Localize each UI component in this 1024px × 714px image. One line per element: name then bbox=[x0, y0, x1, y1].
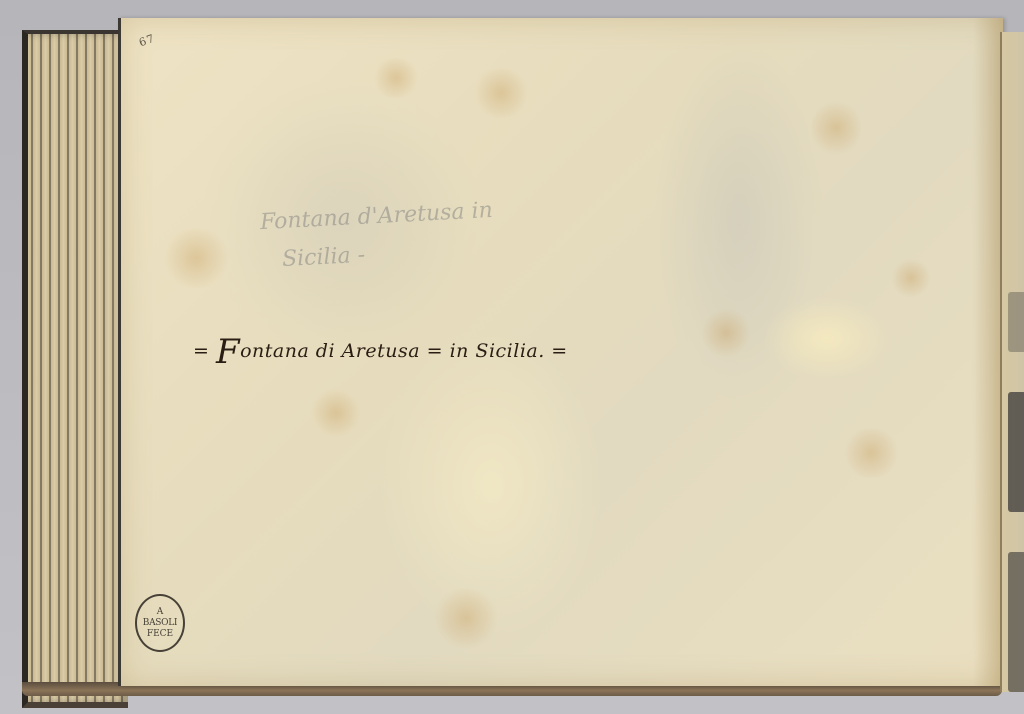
foxing-stain bbox=[431, 588, 501, 648]
caption-prefix: = bbox=[193, 340, 216, 362]
ink-caption: = Fontana di Aretusa = in Sicilia. = bbox=[193, 332, 568, 372]
foxing-stain bbox=[841, 428, 901, 478]
stamp-line-3: FECE bbox=[147, 629, 173, 640]
caption-text: ontana di Aretusa = in Sicilia. = bbox=[240, 340, 568, 362]
sketchbook-page: 67 Fontana d'Aretusa in Sicilia - = Font… bbox=[118, 18, 1003, 686]
wash-drawing-fragment bbox=[1008, 552, 1024, 692]
stamp-line-1: A bbox=[157, 607, 164, 618]
foxing-stain bbox=[371, 58, 421, 98]
facing-page-edge bbox=[1000, 32, 1024, 692]
foxing-stain bbox=[701, 308, 751, 358]
collector-stamp: A BASOLI FECE bbox=[135, 594, 185, 652]
page-edges-stack bbox=[22, 30, 128, 708]
foxing-stain bbox=[891, 258, 931, 298]
pencil-inscription: Fontana d'Aretusa in Sicilia - bbox=[259, 192, 496, 280]
caption-initial: F bbox=[216, 332, 240, 372]
foxing-stain bbox=[811, 98, 861, 158]
wash-drawing-fragment bbox=[1008, 292, 1024, 352]
page-number-mark: 67 bbox=[137, 32, 156, 50]
sketchbook: 67 Fontana d'Aretusa in Sicilia - = Font… bbox=[22, 18, 1024, 698]
foxing-stain bbox=[471, 68, 531, 118]
foxing-stain bbox=[311, 388, 361, 438]
stamp-line-2: BASOLI bbox=[143, 618, 177, 629]
foxing-stain bbox=[161, 228, 231, 288]
wash-drawing-fragment bbox=[1008, 392, 1024, 512]
